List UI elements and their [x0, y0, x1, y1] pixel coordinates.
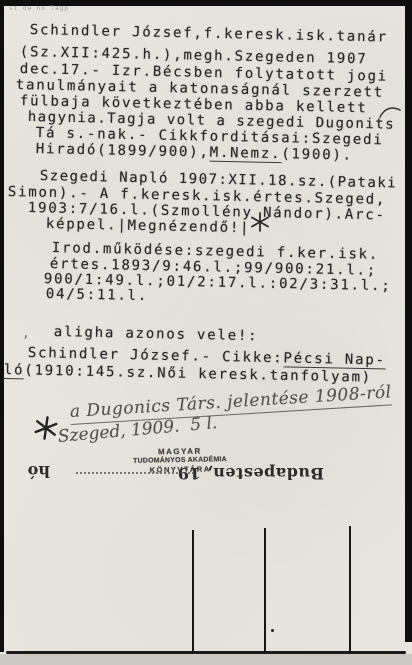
column-rule-3 [349, 526, 351, 654]
dotted-rule [76, 468, 194, 474]
underlined-text: Pécsi Nap- [283, 350, 386, 369]
asterisk-mark-icon [32, 414, 59, 441]
handwritten-note-line-1: a Dugonics Társ. jelentése 1908-ról [69, 382, 392, 425]
card-border-left [0, 0, 4, 652]
comma-mark: , [22, 326, 30, 341]
preprinted-city-line: Budapesten, 19 [182, 464, 324, 483]
typed-line-p1-l1: Schindler József,f.keresk.isk.tanár [30, 22, 388, 45]
asterisk-mark-icon [250, 212, 270, 232]
handwritten-correction-mark [378, 103, 404, 119]
typed-line-p3-l4: 04/5:11.l. [46, 286, 149, 304]
underlined-text: ló [4, 362, 25, 379]
underlined-text: M.Nemz. [209, 145, 281, 163]
typed-text: Hiradó(1899/900), [36, 141, 210, 161]
column-rule-1 [192, 530, 194, 654]
typed-line-p2-l4: képpel.|Megnézendő!| [46, 216, 251, 236]
typed-line-p4-l1: aligha azonos vele!: [54, 324, 259, 344]
column-rule-2 [264, 528, 266, 654]
preprinted-month-label: hó [24, 462, 50, 481]
offset-print-fragment: st ow no lagp [9, 5, 69, 12]
scan-edge-bottom [0, 654, 412, 665]
ink-speck [271, 629, 274, 632]
typed-text: (1900). [281, 146, 353, 163]
card-border-right [405, 0, 412, 642]
catalog-card: st ow no lagp Schindler József,f.keresk.… [0, 0, 412, 665]
